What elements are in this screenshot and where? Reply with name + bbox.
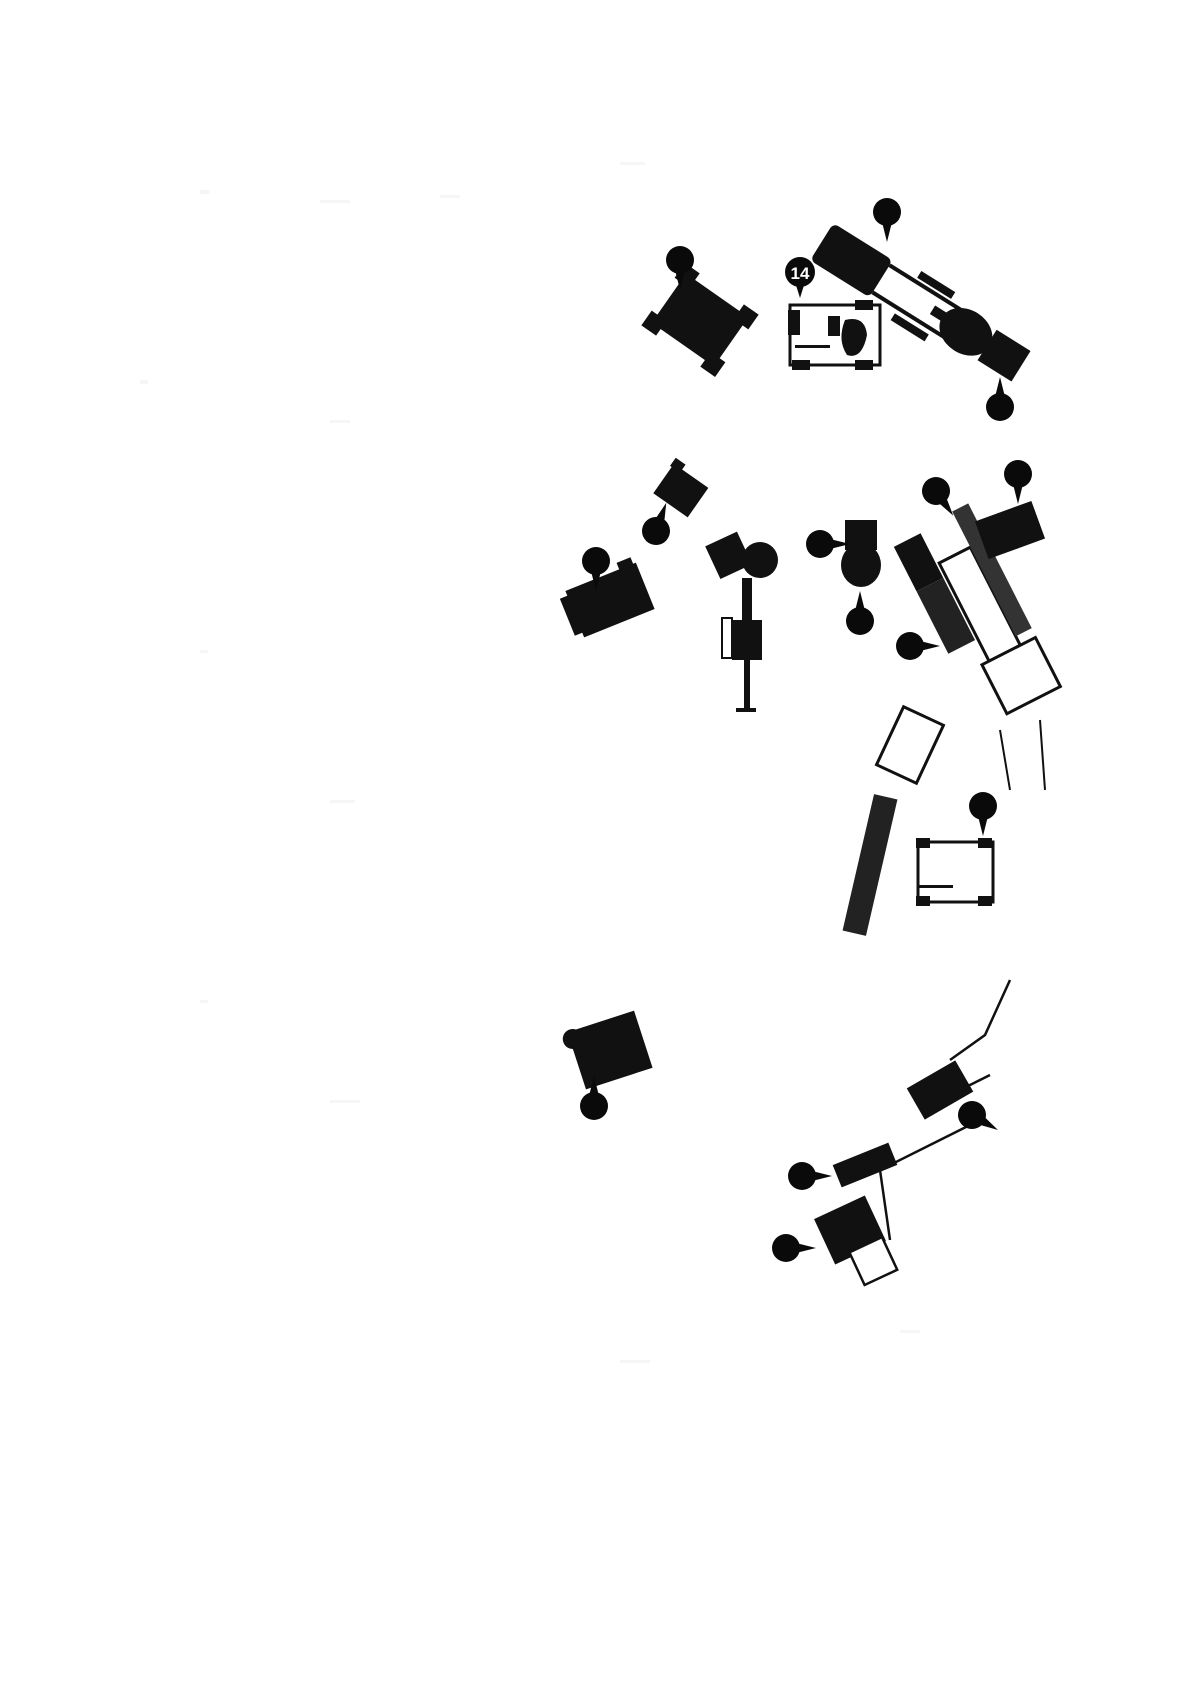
- building-lower-right: [814, 980, 1010, 1293]
- site-map: 14: [0, 0, 1203, 1693]
- map-pin-icon[interactable]: [953, 1096, 1005, 1142]
- building-mid-small: [652, 458, 712, 518]
- building-lower-left: [560, 1009, 652, 1092]
- tower-structure: [705, 532, 778, 712]
- building-outline-rect: [877, 707, 944, 784]
- map-pin-icon[interactable]: [986, 377, 1014, 421]
- map-pin-14[interactable]: 14: [785, 257, 815, 298]
- map-pin-icon[interactable]: [806, 530, 850, 558]
- map-pin-icon[interactable]: [896, 632, 940, 660]
- map-pin-icon[interactable]: [846, 591, 874, 635]
- map-pin-icon[interactable]: [772, 1234, 816, 1262]
- building-rounded: [841, 520, 881, 587]
- building-outline-courtyard: [916, 838, 993, 906]
- map-pin-icon[interactable]: [1004, 460, 1032, 504]
- building-14: [788, 300, 880, 370]
- map-pin-icon[interactable]: [873, 198, 901, 242]
- pin-label: 14: [791, 264, 810, 283]
- map-pin-icon[interactable]: [969, 792, 997, 836]
- building-top-left: [641, 263, 758, 377]
- building-slab: [843, 794, 898, 936]
- map-pin-icon[interactable]: [788, 1162, 832, 1190]
